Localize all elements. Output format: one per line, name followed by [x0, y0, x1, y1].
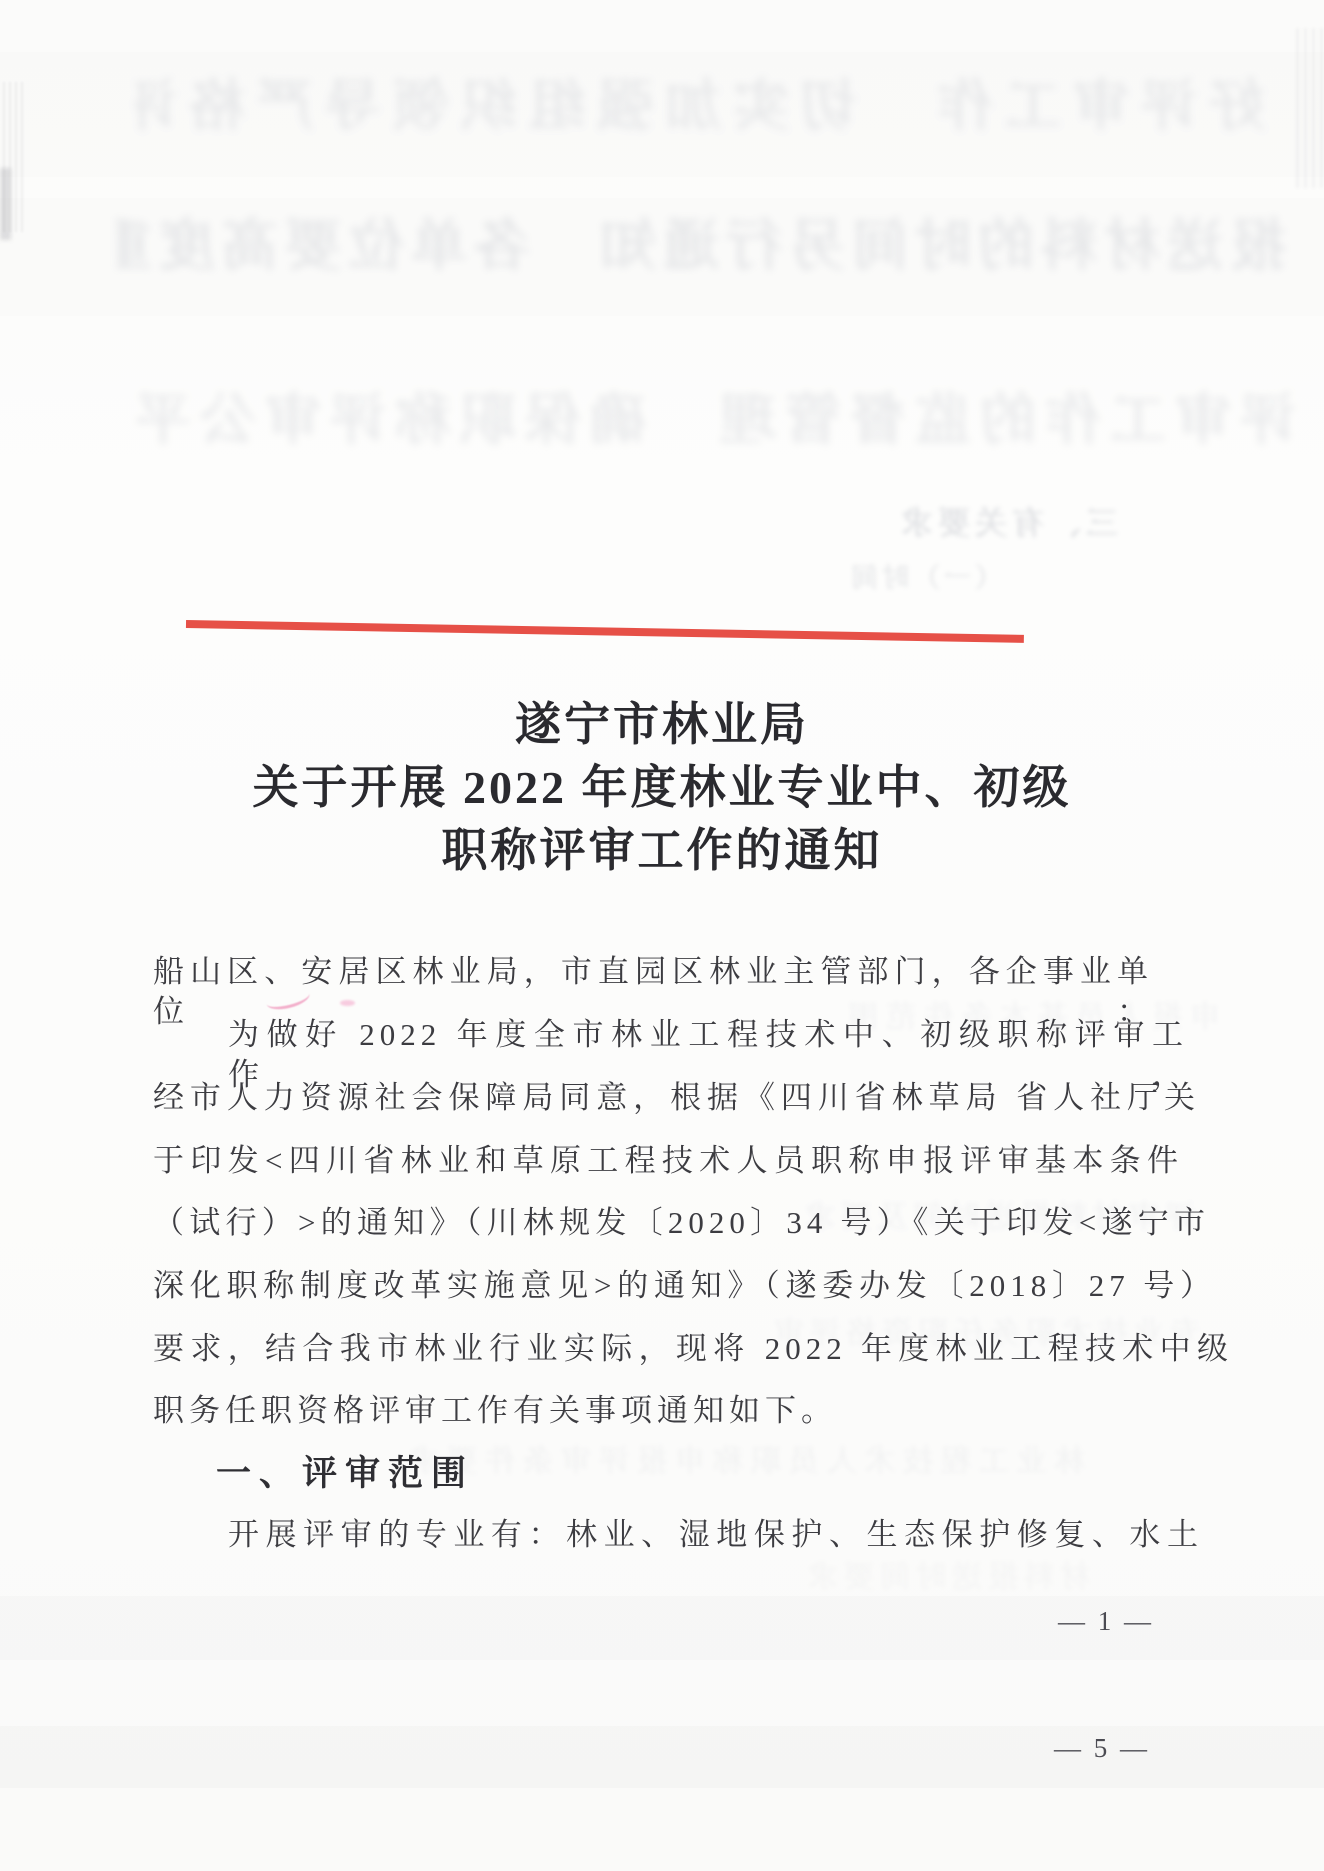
- body-line: 深化职称制度改革实施意见>的通知》（遂委办发〔2018〕27 号）: [153, 1266, 1216, 1306]
- body-line: 经市人力资源社会保障局同意，根据《四川省林草局 省人社厅关: [153, 1078, 1200, 1118]
- scan-edge-smudge: [0, 168, 11, 240]
- section-heading-review-scope: 一、评审范围: [216, 1446, 474, 1496]
- section-body-line: 开展评审的专业有：林业、湿地保护、生态保护修复、水土: [228, 1515, 1203, 1555]
- page-number-scan: — 5 —: [1054, 1733, 1150, 1764]
- body-line: 于印发<四川省林业和草原工程技术人员职称申报评审基本条件: [153, 1141, 1183, 1181]
- bleed-through-text: 三、有关要求: [828, 498, 1118, 544]
- bleed-through-text: 评审工作的监督管理 确保职称评审公平公正规范有序进行: [126, 376, 1296, 456]
- document-title-line2: 关于开展 2022 年度林业专业中、初级: [0, 751, 1324, 817]
- bleed-through-text: 好评审工作 切实加强组织领导严格评审工作纪律确保: [135, 62, 1265, 142]
- scan-edge-smudge: [1296, 28, 1324, 188]
- scan-band: [0, 52, 1324, 177]
- bleed-through-text: 报送材料的时间另行通知 各单位要高度重视认真组织做好申报: [116, 202, 1286, 282]
- scanned-document-page: 好评审工作 切实加强组织领导严格评审工作纪律确保 报送材料的时间另行通知 各单位…: [0, 0, 1324, 1871]
- page-number-document: — 1 —: [1058, 1606, 1154, 1637]
- scan-band: [0, 198, 1324, 316]
- body-line: （试行）>的通知》（川林规发〔2020〕34 号）《关于印发<遂宁市: [153, 1203, 1210, 1243]
- body-line: 职务任职资格评审工作有关事项通知如下。: [153, 1391, 837, 1431]
- bleed-through-text: 材料报送时间要求: [470, 1552, 1090, 1596]
- scan-edge-smudge: [3, 82, 23, 232]
- red-header-rule: [186, 620, 1024, 643]
- document-title-org: 遂宁市林业局: [0, 688, 1324, 754]
- document-title-line3: 职称评审工作的通知: [0, 814, 1324, 880]
- body-line: 要求，结合我市林业行业实际，现将 2022 年度林业工程技术中级: [153, 1329, 1233, 1369]
- bleed-through-text: （一）时间: [822, 556, 1002, 595]
